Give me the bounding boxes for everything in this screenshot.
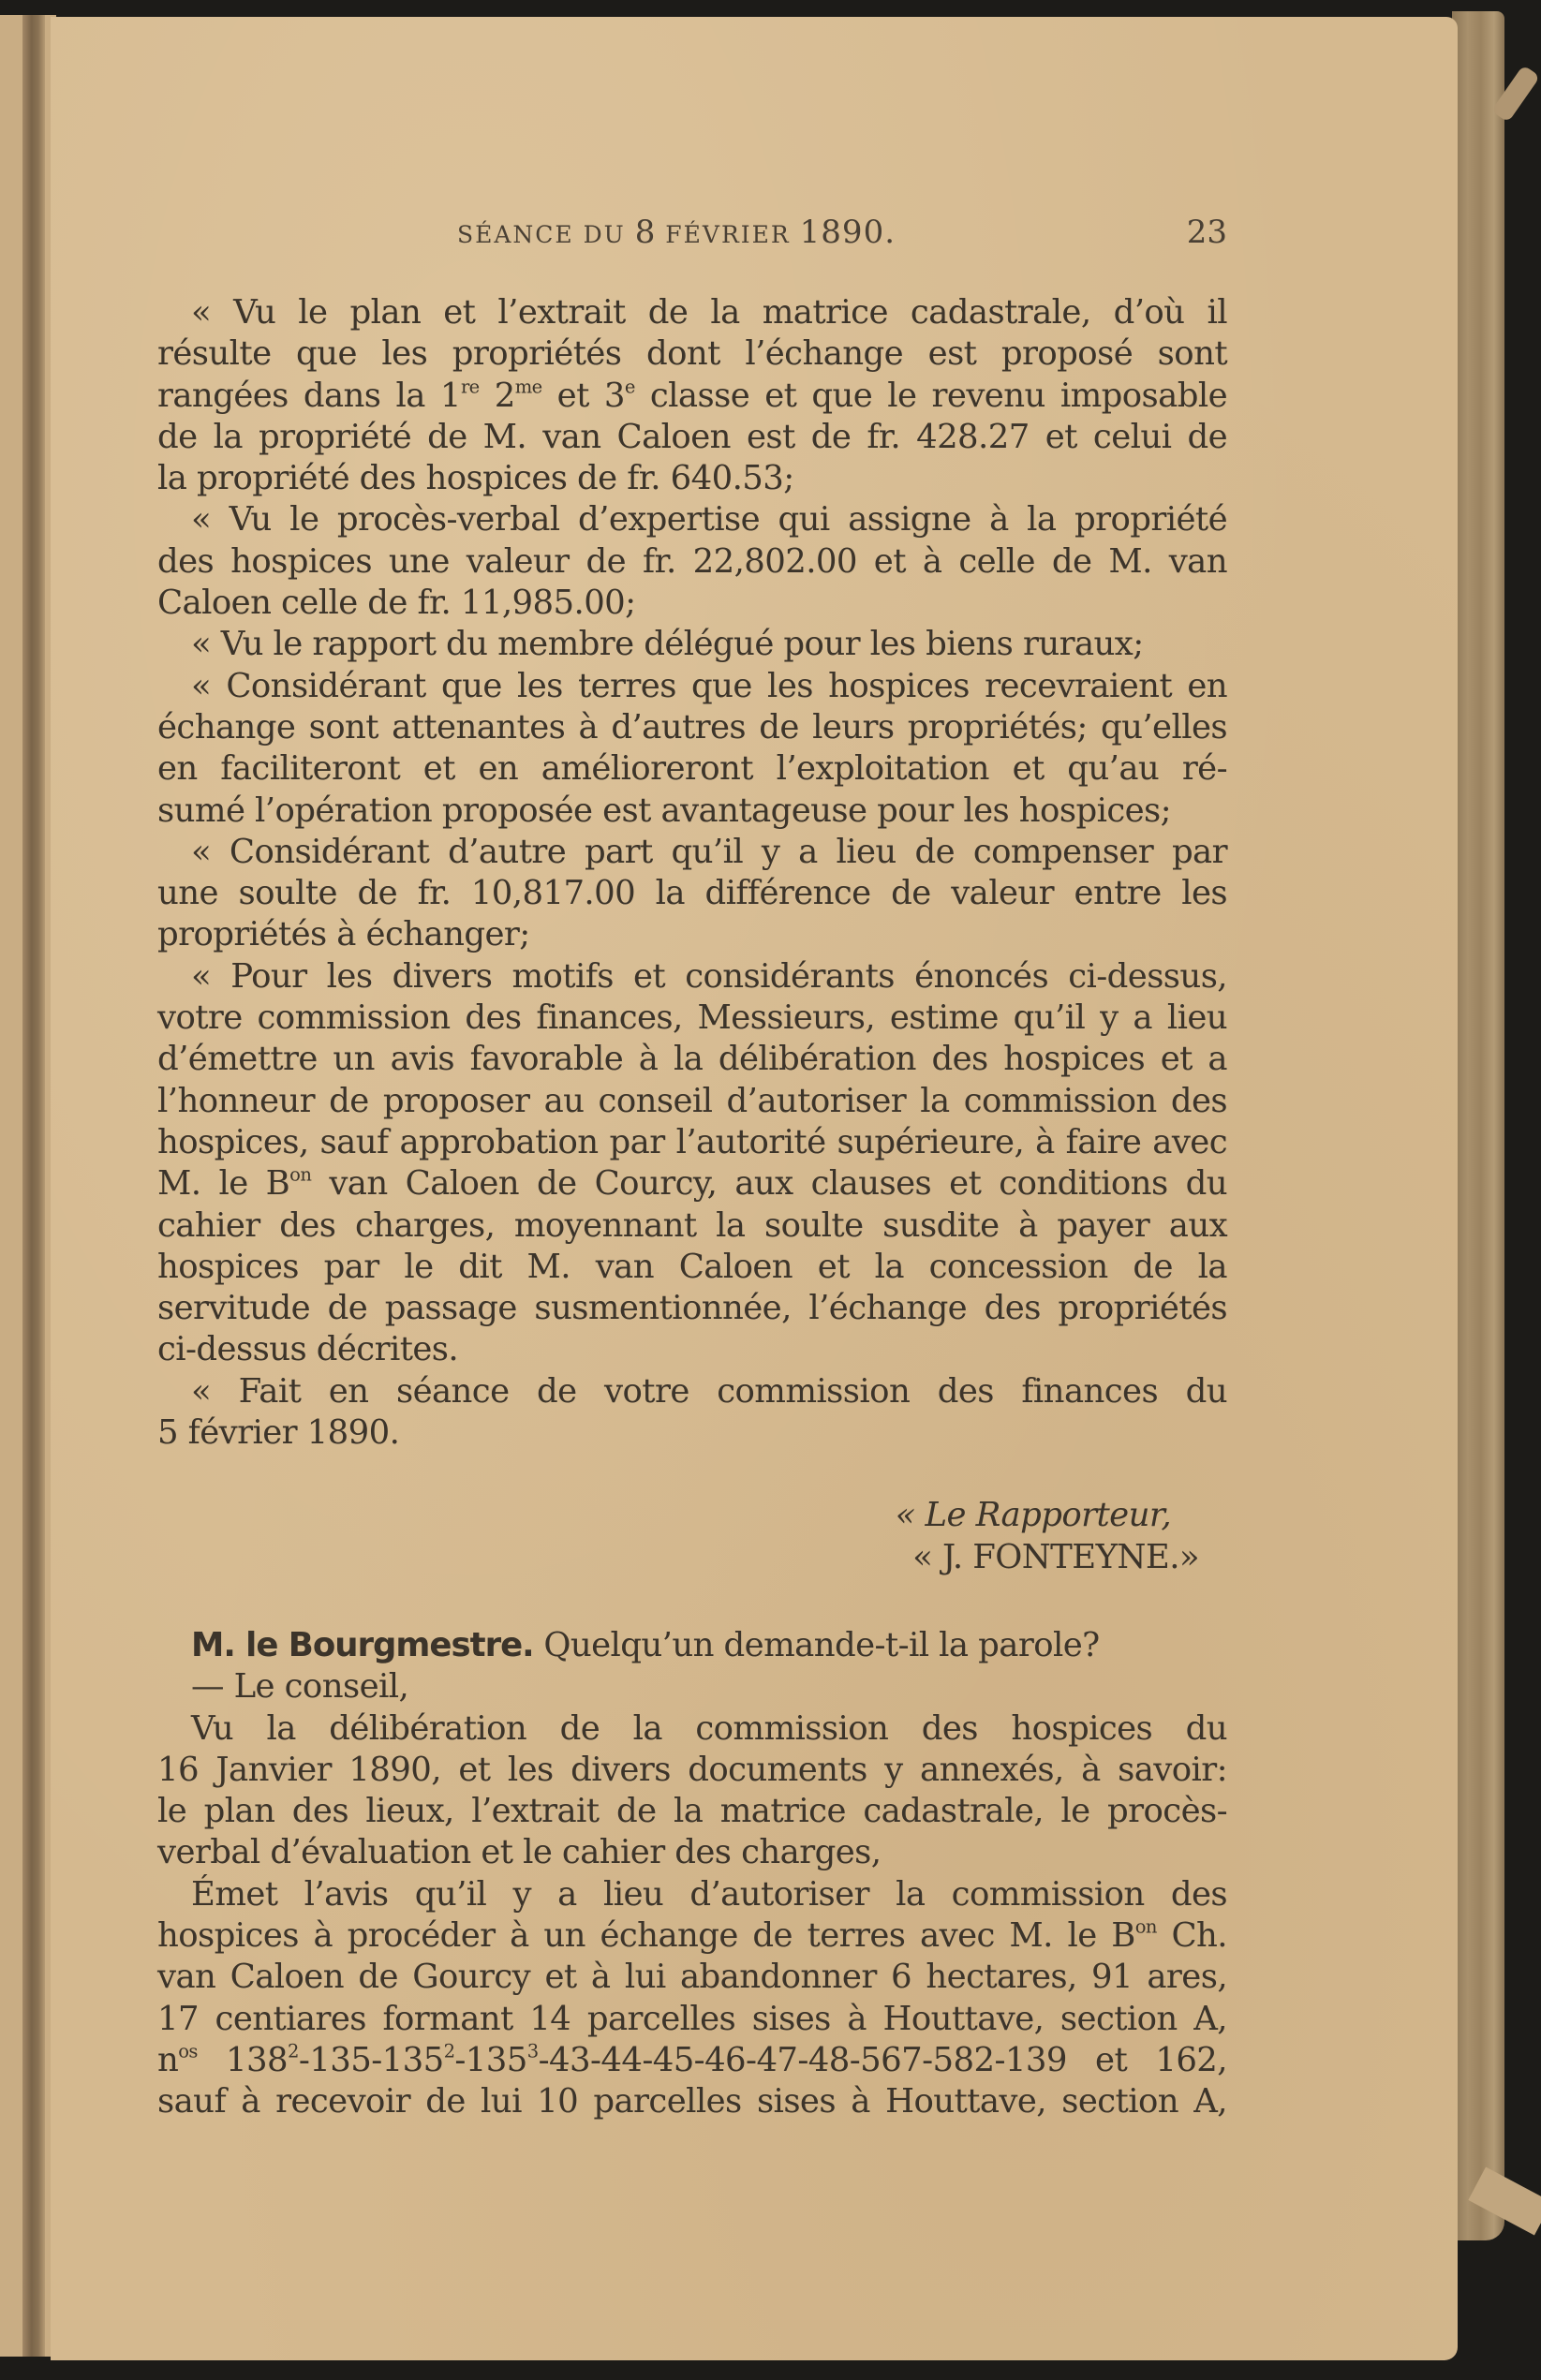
- text-line: « Vu le plan et l’extrait de la matrice …: [157, 292, 1227, 333]
- speaker-question: Quelqu’un demande-t-il la parole?: [534, 1626, 1100, 1664]
- running-title: SÉANCE DU 8 FÉVRIER 1890.: [457, 214, 896, 251]
- deliberation-emet: Émet l’avis qu’il y a lieu d’autoriser l…: [157, 1874, 1227, 2123]
- page-number: 23: [1187, 214, 1227, 251]
- text-line: sumé l’opération proposée est avantageus…: [157, 791, 1227, 832]
- text-line: une soulte de fr. 10,817.00 la différenc…: [157, 873, 1227, 914]
- text-line: verbal d’évaluation et le cahier des cha…: [157, 1832, 1227, 1873]
- text-line: des hospices une valeur de fr. 22,802.00…: [157, 541, 1227, 583]
- paragraph-vu-deliberation: Vu la délibération de la commission des …: [157, 1708, 1227, 1874]
- text-line: ci-dessus décrites.: [157, 1329, 1227, 1370]
- text-line: sauf à recevoir de lui 10 parcelles sise…: [157, 2081, 1227, 2122]
- speaker-name: M. le Bourgmestre.: [191, 1626, 534, 1664]
- paragraph-fait-en-seance: « Fait en séance de votre commission des…: [157, 1371, 1227, 1455]
- text-line: la propriété des hospices de fr. 640.53;: [157, 458, 1227, 499]
- signature-name: « J. FONTEYNE.»: [157, 1537, 1227, 1578]
- text-line: votre commission des finances, Messieurs…: [157, 998, 1227, 1039]
- conseil-line: — Le conseil,: [157, 1666, 1227, 1707]
- text-line: en faciliteront et en amélioreront l’exp…: [157, 748, 1227, 790]
- text-line: « Pour les divers motifs et considérants…: [157, 956, 1227, 998]
- text-line: le plan des lieux, l’extrait de la matri…: [157, 1791, 1227, 1832]
- text-line: servitude de passage susmentionnée, l’éc…: [157, 1288, 1227, 1329]
- signature-role: « Le Rapporteur,: [157, 1495, 1227, 1536]
- text-line: propriétés à échanger;: [157, 914, 1227, 955]
- text-line: rangées dans la 1re 2me et 3e classe et …: [157, 376, 1227, 417]
- spacer: [157, 1454, 1227, 1495]
- text-line: hospices, sauf approbation par l’autorit…: [157, 1122, 1227, 1163]
- text-line: nos 1382-135-1352-1353-43-44-45-46-47-48…: [157, 2040, 1227, 2081]
- paragraph-emet-avis: Émet l’avis qu’il y a lieu d’autoriser l…: [157, 1874, 1227, 2123]
- text-line: M. le Bon van Caloen de Courcy, aux clau…: [157, 1163, 1227, 1205]
- text-line: Émet l’avis qu’il y a lieu d’autoriser l…: [157, 1874, 1227, 1915]
- spacer: [157, 1578, 1227, 1625]
- text-line: de la propriété de M. van Caloen est de …: [157, 417, 1227, 458]
- paragraph-pour-motifs: « Pour les divers motifs et considérants…: [157, 956, 1227, 1371]
- text-line: l’honneur de proposer au conseil d’autor…: [157, 1081, 1227, 1122]
- paragraph-vu-rapport: « Vu le rapport du membre délégué pour l…: [157, 624, 1227, 665]
- text-line: « Vu le procès-verbal d’expertise qui as…: [157, 499, 1227, 540]
- text-line: hospices par le dit M. van Caloen et la …: [157, 1247, 1227, 1288]
- text-line: hospices à procéder à un échange de terr…: [157, 1915, 1227, 1957]
- speaker-line: M. le Bourgmestre. Quelqu’un demande-t-i…: [157, 1625, 1227, 1666]
- deliberation-vu: Vu la délibération de la commission des …: [157, 1708, 1227, 1874]
- text-line: « Fait en séance de votre commission des…: [157, 1371, 1227, 1412]
- report-paragraphs: « Vu le plan et l’extrait de la matrice …: [157, 292, 1227, 1454]
- text-line: 17 centiares formant 14 parcelles sises …: [157, 1999, 1227, 2040]
- text-line: cahier des charges, moyennant la soulte …: [157, 1205, 1227, 1247]
- paragraph-vu-proces-verbal: « Vu le procès-verbal d’expertise qui as…: [157, 499, 1227, 624]
- text-line: van Caloen de Gourcy et à lui abandonner…: [157, 1957, 1227, 1998]
- text-line: Caloen celle de fr. 11,985.00;: [157, 583, 1227, 624]
- page-body: « Vu le plan et l’extrait de la matrice …: [157, 292, 1227, 2122]
- paragraph-considerant-terres: « Considérant que les terres que les hos…: [157, 666, 1227, 832]
- text-line: échange sont attenantes à d’autres de le…: [157, 707, 1227, 748]
- text-line: Vu la délibération de la commission des …: [157, 1708, 1227, 1750]
- book-gutter: [22, 15, 45, 2357]
- text-line: 16 Janvier 1890, et les divers documents…: [157, 1750, 1227, 1791]
- page-block-edge: [1452, 11, 1504, 2240]
- paragraph-considerant-soulte: « Considérant d’autre part qu’il y a lie…: [157, 832, 1227, 956]
- text-line: 5 février 1890.: [157, 1412, 1227, 1454]
- text-line: « Vu le rapport du membre délégué pour l…: [157, 624, 1227, 665]
- running-head: SÉANCE DU 8 FÉVRIER 1890. 23: [157, 214, 1227, 255]
- text-line: d’émettre un avis favorable à la délibér…: [157, 1039, 1227, 1080]
- text-line: « Considérant d’autre part qu’il y a lie…: [157, 832, 1227, 873]
- text-line: résulte que les propriétés dont l’échang…: [157, 333, 1227, 375]
- paragraph-vu-plan: « Vu le plan et l’extrait de la matrice …: [157, 292, 1227, 499]
- text-line: « Considérant que les terres que les hos…: [157, 666, 1227, 707]
